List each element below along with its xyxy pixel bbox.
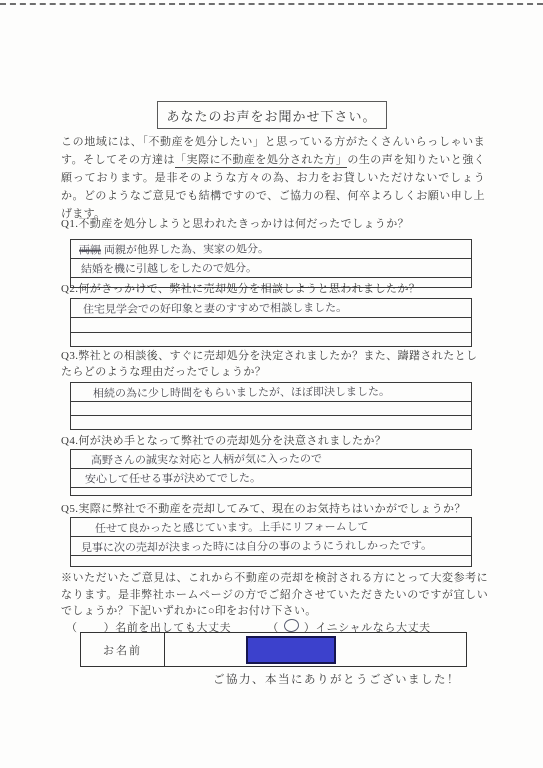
- answer-row: 結婚を機に引越しをしたので処分。: [71, 259, 471, 278]
- question-1-label: Q1.不動産を処分しようと思われたきっかけは何だったでしょうか？: [61, 216, 487, 232]
- handwritten-answer: 住宅見学会での好印象と妻のすすめで相談しました。: [83, 299, 347, 317]
- question-3-label: Q3.弊社との相談後、すぐに売却処分を決定されましたか？また、躊躇されたとしたら…: [61, 348, 487, 380]
- question-4-label: Q4.何が決め手となって弊社での売却処分を決意されましたか？: [61, 433, 487, 449]
- scanned-questionnaire-page: あなたのお声をお聞かせ下さい。 この地域には、「不動産を処分したい」と思っている…: [0, 0, 543, 768]
- publication-consent-note: ※いただいたご意見は、これから不動産の売却を検討される方にとって大変参考になりま…: [61, 570, 488, 620]
- form-title: あなたのお声をお聞かせ下さい。: [166, 109, 376, 124]
- answer-row-empty: [71, 402, 471, 416]
- name-field-label: お名前: [81, 633, 165, 666]
- answer-row-empty: [71, 416, 471, 429]
- answer-row: 住宅見学会での好印象と妻のすすめで相談しました。: [71, 299, 471, 318]
- handwritten-answer: 高野さんの誠実な対応と人柄が気に入ったので: [91, 450, 322, 468]
- answer-row: 両親両親が他界した為、実家の処分。: [71, 240, 471, 259]
- intro-underlined-phrase: 「実際に不動産を処分された方」: [175, 154, 347, 168]
- handwritten-answer: 任せて良かったと感じています。上手にリフォームして: [95, 518, 369, 536]
- handwritten-answer: 相続の為に少し時間をもらいましたが、ほぼ即決しました。: [93, 383, 390, 401]
- question-5-label: Q5.実際に弊社で不動産を売却してみて、現在のお気持ちはいかがでしょうか？: [61, 501, 487, 517]
- name-field-value-cell: [165, 633, 466, 666]
- question-4-answer-box: 高野さんの誠実な対応と人柄が気に入ったので 安心して任せる事が決めてでした。: [70, 449, 472, 496]
- name-field-table: お名前: [80, 632, 467, 667]
- handwritten-answer: 安心して任せる事が決めてでした。: [85, 469, 261, 486]
- answer-row-empty: [71, 333, 471, 347]
- answer-row-empty: [71, 318, 471, 333]
- handwritten-answer: 両親が他界した為、実家の処分。: [104, 242, 269, 256]
- name-redaction-box: [246, 636, 336, 664]
- paren-open: （: [66, 622, 78, 634]
- scan-artifact-dashed-line: [0, 3, 543, 5]
- answer-row: 高野さんの誠実な対応と人柄が気に入ったので: [71, 450, 471, 469]
- question-2-answer-box: 住宅見学会での好印象と妻のすすめで相談しました。: [70, 298, 472, 347]
- handwritten-answer: 結婚を機に引越しをしたので処分。: [81, 259, 257, 276]
- handwritten-circle-mark: [283, 618, 300, 633]
- answer-row-empty: [71, 556, 471, 566]
- answer-row: 安心して任せる事が決めてでした。: [71, 469, 471, 488]
- question-2-label: Q2.何がきっかけで、弊社に売却処分を相談しようと思われましたか？: [61, 281, 487, 297]
- answer-row: 見事に次の売却が決まった時には自分の事のようにうれしかったです。: [71, 537, 471, 556]
- answer-row: 相続の為に少し時間をもらいましたが、ほぼ即決しました。: [71, 383, 471, 402]
- form-title-box: あなたのお声をお聞かせ下さい。: [156, 101, 386, 129]
- handwritten-answer: 見事に次の売却が決まった時には自分の事のようにうれしかったです。: [81, 537, 432, 555]
- question-5-answer-box: 任せて良かったと感じています。上手にリフォームして 見事に次の売却が決まった時に…: [70, 517, 472, 567]
- thank-you-message: ご協力、本当にありがとうございました！: [213, 671, 460, 687]
- answer-row-empty: [71, 488, 471, 495]
- intro-paragraph: この地域には、「不動産を処分したい」と思っている方がたくさんいらっしゃいます。そ…: [61, 133, 485, 223]
- crossed-out-word: 両親: [79, 244, 101, 257]
- question-3-answer-box: 相続の為に少し時間をもらいましたが、ほぼ即決しました。: [70, 382, 472, 430]
- answer-row: 任せて良かったと感じています。上手にリフォームして: [71, 518, 471, 537]
